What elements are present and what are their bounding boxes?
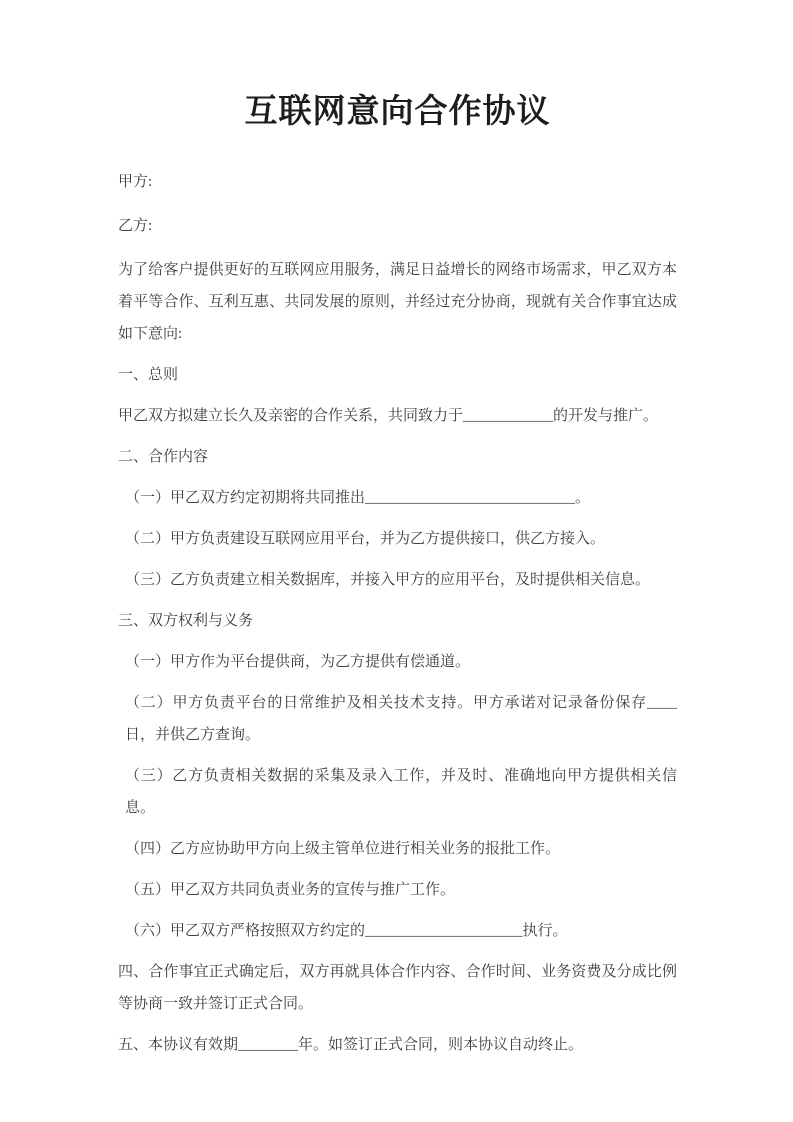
section-2-clause-3: （三）乙方负责建立相关数据库，并接入甲方的应用平台，及时提供相关信息。 [118, 564, 677, 596]
section-1-body: 甲乙双方拟建立长久及亲密的合作关系，共同致力于____________的开发与推… [118, 400, 677, 432]
document-title: 互联网意向合作协议 [118, 88, 677, 136]
section-3-heading: 三、双方权利与义务 [118, 605, 677, 637]
section-3-clause-5: （五）甲乙双方共同负责业务的宣传与推广工作。 [118, 874, 677, 906]
section-2-clause-2: （二）甲方负责建设互联网应用平台，并为乙方提供接口，供乙方接入。 [118, 523, 677, 555]
section-5-body: 五、本协议有效期________年。如签订正式合同，则本协议自动终止。 [118, 1029, 677, 1061]
section-2-clause-1: （一）甲乙双方约定初期将共同推出________________________… [118, 482, 677, 514]
section-3-clause-4: （四）乙方应协助甲方向上级主管单位进行相关业务的报批工作。 [118, 833, 677, 865]
section-3-clause-3: （三）乙方负责相关数据的采集及录入工作，并及时、准确地向甲方提供相关信息。 [118, 760, 677, 824]
section-4-body: 四、合作事宜正式确定后，双方再就具体合作内容、合作时间、业务资费及分成比例等协商… [118, 956, 677, 1020]
section-3-clause-1: （一）甲方作为平台提供商，为乙方提供有偿通道。 [118, 646, 677, 678]
party-b-line: 乙方: [118, 210, 677, 242]
section-3-clause-6: （六）甲乙双方严格按照双方约定的_____________________执行。 [118, 915, 677, 947]
section-1-heading: 一、总则 [118, 359, 677, 391]
document-page: 互联网意向合作协议 甲方: 乙方: 为了给客户提供更好的互联网应用服务，满足日益… [0, 0, 793, 1122]
party-a-line: 甲方: [118, 166, 677, 198]
section-3-clause-2: （二）甲方负责平台的日常维护及相关技术支持。甲方承诺对记录备份保存____日，并… [118, 687, 677, 751]
section-2-heading: 二、合作内容 [118, 441, 677, 473]
intro-paragraph: 为了给客户提供更好的互联网应用服务，满足日益增长的网络市场需求，甲乙双方本着平等… [118, 254, 677, 350]
